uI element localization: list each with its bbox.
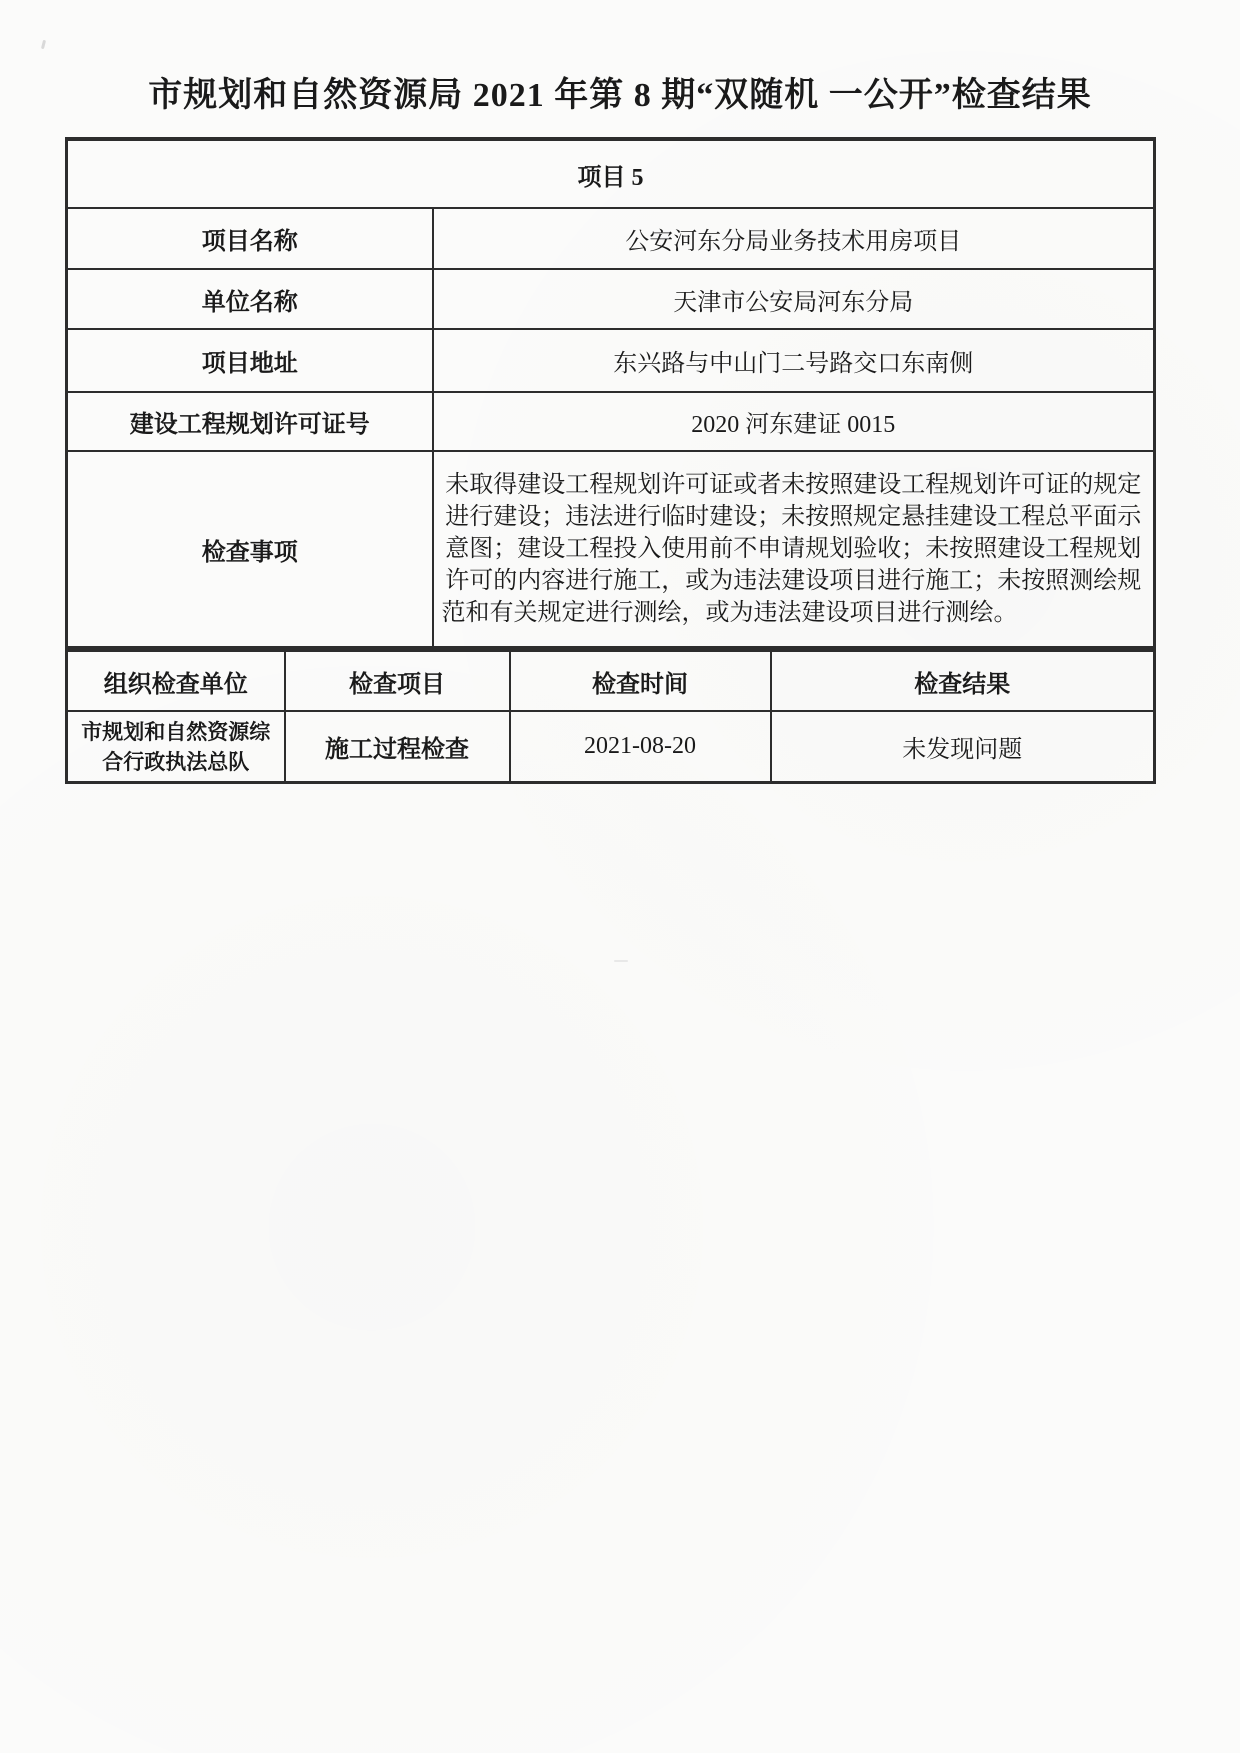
column-header-org: 组织检查单位 [67, 650, 285, 711]
inspection-result-table: 组织检查单位 检查项目 检查时间 检查结果 市规划和自然资源综合行政执法总队 施… [65, 648, 1156, 784]
project-info-table: 项目 5 项目名称 公安河东分局业务技术用房项目 单位名称 天津市公安局河东分局… [65, 137, 1156, 648]
column-header-item: 检查项目 [285, 650, 510, 711]
page-title: 市规划和自然资源局 2021 年第 8 期“双随机 一公开”检查结果 [0, 0, 1240, 118]
field-label-project-address: 项目地址 [67, 329, 433, 392]
scanned-document-page: 市规划和自然资源局 2021 年第 8 期“双随机 一公开”检查结果 项目 5 … [0, 0, 1240, 1753]
field-value-inspection-items: 未取得建设工程规划许可证或者未按照建设工程规划许可证的规定进行建设；违法进行临时… [433, 451, 1155, 647]
field-label-permit-number: 建设工程规划许可证号 [67, 392, 433, 451]
field-label-inspection-items: 检查事项 [67, 451, 433, 647]
table-row-section-header: 项目 5 [67, 139, 1155, 208]
field-value-unit-name: 天津市公安局河东分局 [433, 269, 1155, 329]
field-label-unit-name: 单位名称 [67, 269, 433, 329]
table-row-inspection-headers: 组织检查单位 检查项目 检查时间 检查结果 [67, 650, 1155, 711]
field-value-project-address: 东兴路与中山门二号路交口东南侧 [433, 329, 1155, 392]
field-value-project-name: 公安河东分局业务技术用房项目 [433, 208, 1155, 269]
cell-inspection-result: 未发现问题 [771, 711, 1155, 783]
project-section-header: 项目 5 [67, 139, 1155, 208]
column-header-result: 检查结果 [771, 650, 1155, 711]
scan-artifact [614, 960, 628, 962]
field-value-permit-number: 2020 河东建证 0015 [433, 392, 1155, 451]
cell-inspection-org: 市规划和自然资源综合行政执法总队 [67, 711, 285, 783]
column-header-time: 检查时间 [510, 650, 771, 711]
table-row-unit-name: 单位名称 天津市公安局河东分局 [67, 269, 1155, 329]
table-row-project-name: 项目名称 公安河东分局业务技术用房项目 [67, 208, 1155, 269]
cell-inspection-item: 施工过程检查 [285, 711, 510, 783]
table-row-project-address: 项目地址 东兴路与中山门二号路交口东南侧 [67, 329, 1155, 392]
field-label-project-name: 项目名称 [67, 208, 433, 269]
table-row-inspection-record: 市规划和自然资源综合行政执法总队 施工过程检查 2021-08-20 未发现问题 [67, 711, 1155, 783]
table-row-permit-number: 建设工程规划许可证号 2020 河东建证 0015 [67, 392, 1155, 451]
cell-inspection-date: 2021-08-20 [510, 711, 771, 783]
table-row-inspection-items: 检查事项 未取得建设工程规划许可证或者未按照建设工程规划许可证的规定进行建设；违… [67, 451, 1155, 647]
